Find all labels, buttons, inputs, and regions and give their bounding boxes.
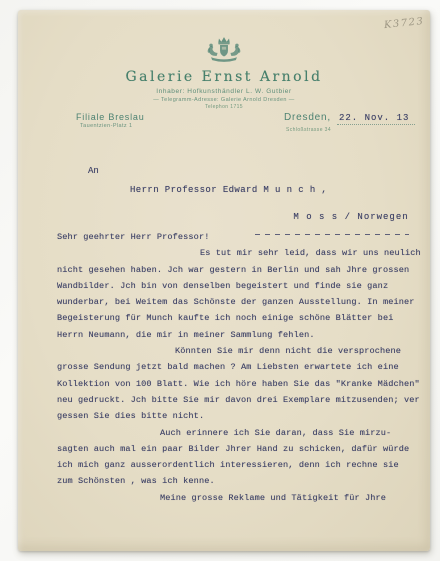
owner-line: Inhaber: Hofkunsthändler L. W. Gutbier: [156, 88, 292, 95]
typed-line: wunderbar, bei Weitem das Schönste der g…: [57, 294, 409, 310]
letter-paper: K3723: [18, 10, 430, 551]
letter-body: Sehr geehrter Herr Professor! Es tut mir…: [57, 229, 409, 506]
typed-line: grosse Sendung jetzt bald machen ? Am Li…: [57, 359, 409, 375]
street-line: Schloßstrasse 34: [286, 127, 415, 133]
gallery-name: Galerie Ernst Arnold: [125, 69, 322, 85]
recipient-prefix: An: [88, 166, 99, 176]
recipient-name-line: Herrn Professor Edward M u n c h ,: [130, 185, 327, 195]
typed-line: Es tut mir sehr leid, dass wir uns neuli…: [57, 245, 409, 261]
typed-line: sagten auch mal ein paar Bilder Jhrer Ha…: [57, 441, 409, 457]
typed-line: nicht gesehen haben. Jch war gestern in …: [57, 262, 409, 278]
typed-line: Herrn Neumann, die mir in meiner Sammlun…: [57, 327, 409, 343]
typed-line: gessen Sie dies bitte nicht.: [57, 408, 409, 424]
typed-line: Könnten Sie mir denn nicht die versproch…: [57, 343, 409, 359]
typed-line: neu gedruckt. Jch bitte Sie mir davon dr…: [57, 392, 409, 408]
telegram-line: — Telegramm-Adresse: Galerie Arnold Dres…: [153, 97, 294, 103]
recipient-place-text: M o s s / Norwegen: [293, 212, 408, 222]
place-date-block: Dresden, 22. Nov. 13 Schloßstrasse 34: [284, 112, 415, 133]
letter-scan: K3723: [0, 0, 440, 561]
coat-of-arms-icon: [201, 34, 247, 66]
branch-name: Filiale Breslau: [76, 112, 145, 122]
typed-line: zum Schönsten , was ich kenne.: [57, 473, 409, 489]
pencil-catalog-mark: K3723: [384, 16, 425, 31]
typed-line: Meine grosse Reklame und Tätigkeit für J…: [57, 490, 409, 506]
city-label: Dresden,: [284, 112, 331, 123]
typed-line: ich mich ganz ausserordentlich interessi…: [57, 457, 409, 473]
phone-line: Telephon 1715: [205, 104, 243, 110]
letterhead: Galerie Ernst Arnold Inhaber: Hofkunsthä…: [18, 34, 430, 110]
typed-line: Wandbilder. Jch bin von denselben begeis…: [57, 278, 409, 294]
branch-address: Tauentzien-Platz 1: [80, 123, 145, 129]
typed-line: Begeisterung für Munch kaufte ich noch e…: [57, 310, 409, 326]
typed-line: Kollektion von 100 Blatt. Wie ich höre h…: [57, 376, 409, 392]
branch-block: Filiale Breslau Tauentzien-Platz 1: [76, 112, 145, 129]
typed-line: Auch erinnere ich Sie daran, dass Sie mi…: [57, 425, 409, 441]
typed-date: 22. Nov. 13: [337, 113, 415, 125]
greeting-line: Sehr geehrter Herr Professor!: [57, 229, 409, 245]
